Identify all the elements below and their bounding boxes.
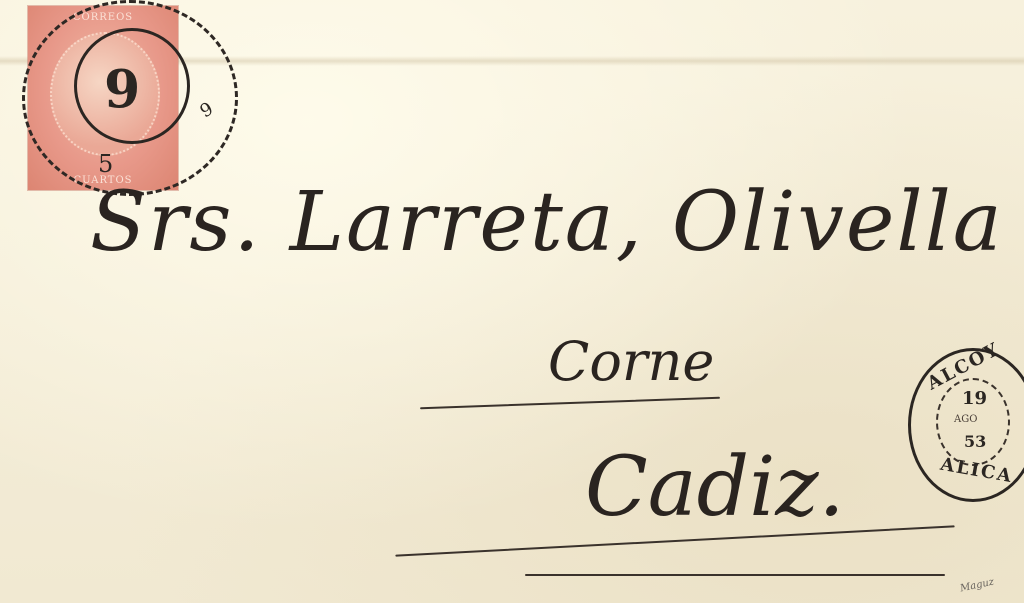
postmark-year: 53 [964,432,986,451]
cancellation-numeral-lower: 5 [98,150,113,178]
address-underline-3 [525,574,945,576]
date-postmark: ALCOY 19 AGO 53 ALICA [908,348,1024,498]
address-line-2: Corne [548,330,714,393]
postmark-day: 19 [962,388,987,409]
address-underline-2 [420,397,720,409]
address-line-city: Cadiz. [585,440,845,535]
postmark-month: AGO [954,414,977,425]
envelope: CORREOS CUARTOS 6 5 6 Srs. Larreta, Oliv… [0,0,1024,603]
cancellation-numeral: 6 [104,56,140,117]
marginal-pencil-mark: Maguz [959,577,995,595]
address-line-recipient: Srs. Larreta, Olivella y C [90,175,1024,270]
